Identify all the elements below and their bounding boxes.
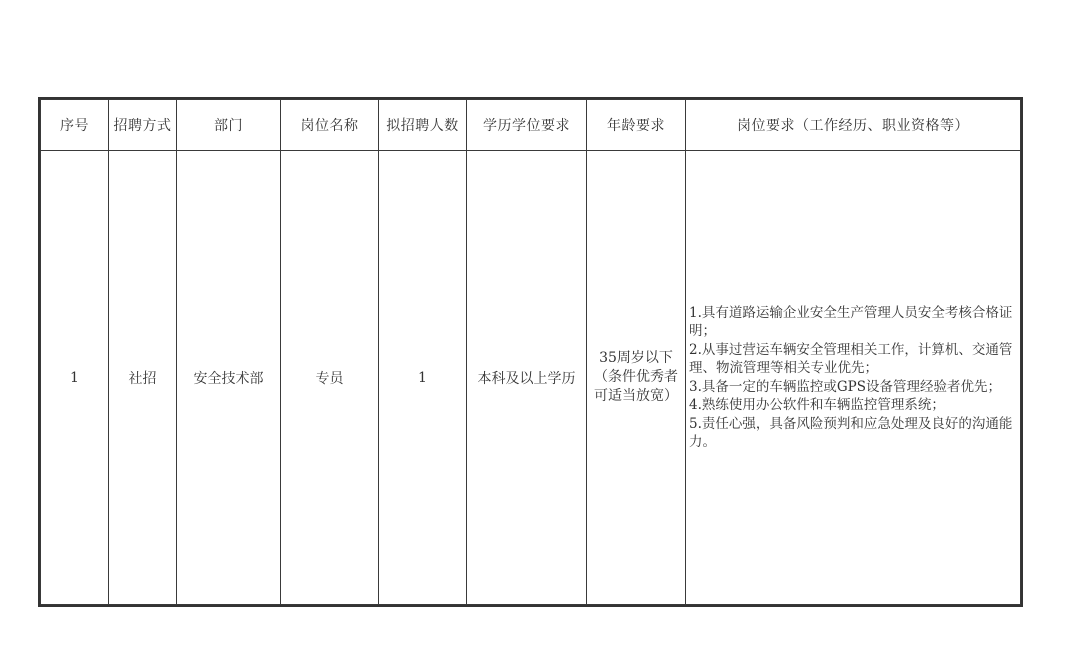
cell-requirements: 1.具有道路运输企业安全生产管理人员安全考核合格证明； 2.从事过营运车辆安全管…	[686, 151, 1021, 605]
header-headcount: 拟招聘人数	[379, 100, 467, 151]
age-line-1: 35周岁以下	[589, 349, 683, 368]
age-line-2: （条件优秀者	[589, 368, 683, 387]
header-age: 年龄要求	[587, 100, 686, 151]
cell-headcount: 1	[379, 151, 467, 605]
requirement-item-1: 1.具有道路运输企业安全生产管理人员安全考核合格证明；	[689, 304, 1017, 341]
header-department: 部门	[177, 100, 281, 151]
cell-method: 社招	[109, 151, 177, 605]
header-method: 招聘方式	[109, 100, 177, 151]
table-row: 1 社招 安全技术部 专员 1 本科及以上学历 35周岁以下 （条件优秀者 可适…	[41, 151, 1021, 605]
recruitment-table-container: 序号 招聘方式 部门 岗位名称 拟招聘人数 学历学位要求 年龄要求 岗位要求（工…	[38, 97, 1023, 607]
header-index: 序号	[41, 100, 109, 151]
header-education: 学历学位要求	[467, 100, 587, 151]
header-requirements: 岗位要求（工作经历、职业资格等）	[686, 100, 1021, 151]
requirement-item-5: 5.责任心强，具备风险预判和应急处理及良好的沟通能力。	[689, 415, 1017, 452]
requirement-item-4: 4.熟练使用办公软件和车辆监控管理系统；	[689, 396, 1017, 415]
cell-department: 安全技术部	[177, 151, 281, 605]
cell-age: 35周岁以下 （条件优秀者 可适当放宽）	[587, 151, 686, 605]
requirement-item-2: 2.从事过营运车辆安全管理相关工作，计算机、交通管理、物流管理等相关专业优先；	[689, 341, 1017, 378]
age-line-3: 可适当放宽）	[589, 387, 683, 406]
cell-index: 1	[41, 151, 109, 605]
cell-education: 本科及以上学历	[467, 151, 587, 605]
cell-position: 专员	[281, 151, 379, 605]
header-row: 序号 招聘方式 部门 岗位名称 拟招聘人数 学历学位要求 年龄要求 岗位要求（工…	[41, 100, 1021, 151]
requirement-item-3: 3.具备一定的车辆监控或GPS设备管理经验者优先；	[689, 378, 1017, 397]
recruitment-table: 序号 招聘方式 部门 岗位名称 拟招聘人数 学历学位要求 年龄要求 岗位要求（工…	[40, 99, 1021, 605]
header-position: 岗位名称	[281, 100, 379, 151]
